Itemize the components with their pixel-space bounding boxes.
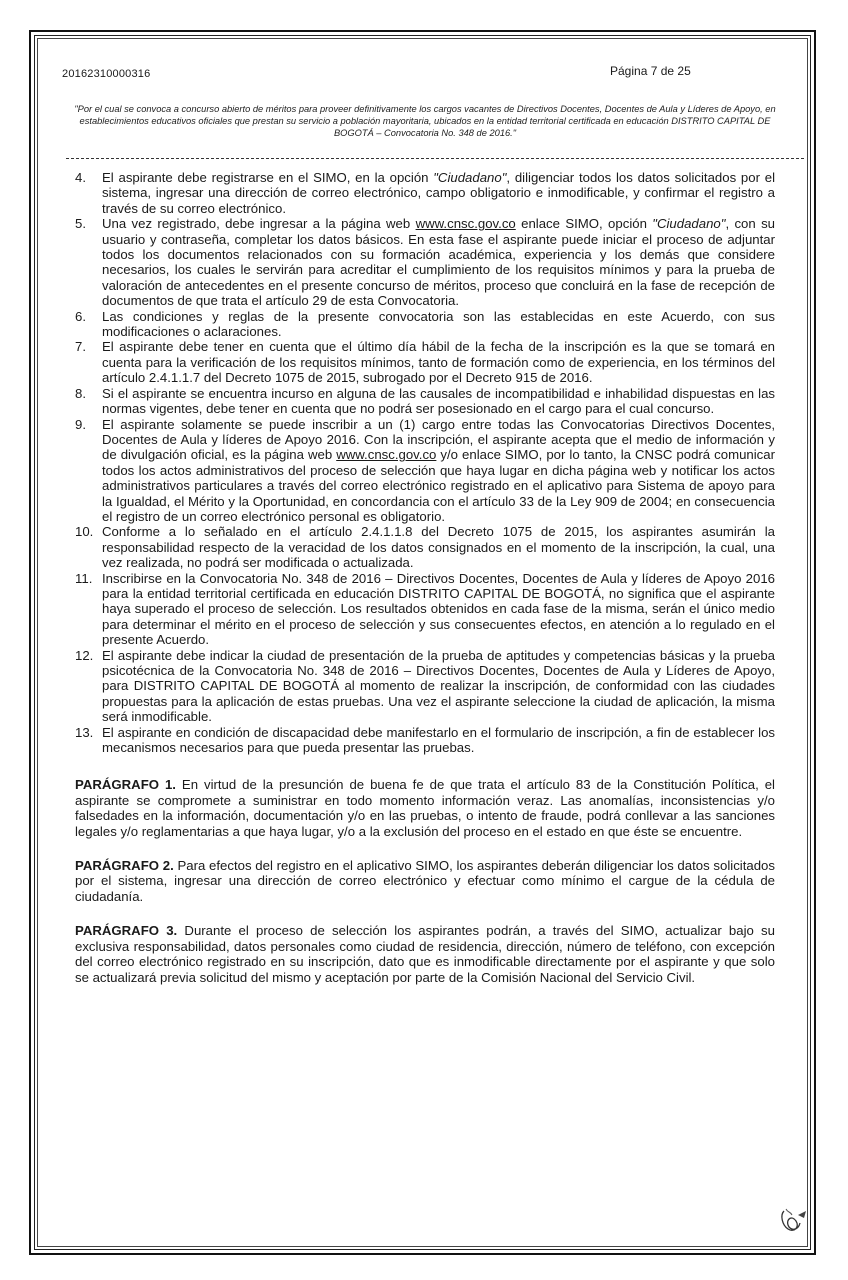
document-id: 20162310000316 bbox=[62, 68, 150, 80]
list-item-10: 10. Conforme a lo señalado en el artícul… bbox=[75, 524, 775, 570]
item-text: El aspirante en condición de discapacida… bbox=[102, 725, 775, 755]
item-text: Las condiciones y reglas de la presente … bbox=[102, 309, 775, 339]
document-subtitle: "Por el cual se convoca a concurso abier… bbox=[60, 103, 790, 139]
paragraph-text: En virtud de la presunción de buena fe d… bbox=[75, 777, 775, 838]
paragrafo-1: PARÁGRAFO 1. En virtud de la presunción … bbox=[75, 777, 775, 839]
item-number: 10. bbox=[75, 524, 99, 539]
item-text: Conforme a lo señalado en el artículo 2.… bbox=[102, 524, 775, 570]
list-item-9: 9. El aspirante solamente se puede inscr… bbox=[75, 417, 775, 525]
item-emphasis: "Ciudadano" bbox=[433, 170, 506, 185]
cnsc-link[interactable]: www.cnsc.gov.co bbox=[336, 447, 436, 462]
item-number: 7. bbox=[75, 339, 99, 354]
item-text: El aspirante debe tener en cuenta que el… bbox=[102, 339, 775, 385]
paragrafo-2: PARÁGRAFO 2. Para efectos del registro e… bbox=[75, 858, 775, 904]
paragraph-title: PARÁGRAFO 3. bbox=[75, 923, 177, 938]
list-item-12: 12. El aspirante debe indicar la ciudad … bbox=[75, 648, 775, 725]
page-number: Página 7 de 25 bbox=[610, 64, 691, 78]
paragraph-title: PARÁGRAFO 2. bbox=[75, 858, 174, 873]
list-item-13: 13. El aspirante en condición de discapa… bbox=[75, 725, 775, 756]
item-number: 9. bbox=[75, 417, 99, 432]
item-text: enlace SIMO, opción bbox=[516, 216, 653, 231]
item-text: Si el aspirante se encuentra incurso en … bbox=[102, 386, 775, 416]
item-text: Inscribirse en la Convocatoria No. 348 d… bbox=[102, 571, 775, 648]
item-text: El aspirante debe indicar la ciudad de p… bbox=[102, 648, 775, 725]
item-number: 5. bbox=[75, 216, 99, 231]
document-body: 4. El aspirante debe registrarse en el S… bbox=[75, 170, 775, 985]
paragraph-text: Durante el proceso de selección los aspi… bbox=[75, 923, 775, 984]
item-text: Una vez registrado, debe ingresar a la p… bbox=[102, 216, 416, 231]
paragraph-text: Para efectos del registro en el aplicati… bbox=[75, 858, 775, 904]
list-item-4: 4. El aspirante debe registrarse en el S… bbox=[75, 170, 775, 216]
handwritten-initials-icon bbox=[778, 1205, 812, 1235]
list-item-7: 7. El aspirante debe tener en cuenta que… bbox=[75, 339, 775, 385]
list-item-6: 6. Las condiciones y reglas de la presen… bbox=[75, 309, 775, 340]
list-item-5: 5. Una vez registrado, debe ingresar a l… bbox=[75, 216, 775, 308]
item-number: 13. bbox=[75, 725, 99, 740]
item-emphasis: "Ciudadano" bbox=[652, 216, 725, 231]
item-number: 8. bbox=[75, 386, 99, 401]
list-item-8: 8. Si el aspirante se encuentra incurso … bbox=[75, 386, 775, 417]
paragraph-title: PARÁGRAFO 1. bbox=[75, 777, 176, 792]
list-item-11: 11. Inscribirse en la Convocatoria No. 3… bbox=[75, 571, 775, 648]
item-number: 11. bbox=[75, 571, 99, 586]
paragrafo-3: PARÁGRAFO 3. Durante el proceso de selec… bbox=[75, 923, 775, 985]
requirements-list: 4. El aspirante debe registrarse en el S… bbox=[75, 170, 775, 755]
item-number: 12. bbox=[75, 648, 99, 663]
item-number: 4. bbox=[75, 170, 99, 185]
cnsc-link[interactable]: www.cnsc.gov.co bbox=[416, 216, 516, 231]
item-text: El aspirante debe registrarse en el SIMO… bbox=[102, 170, 433, 185]
header-divider bbox=[66, 158, 804, 159]
item-number: 6. bbox=[75, 309, 99, 324]
